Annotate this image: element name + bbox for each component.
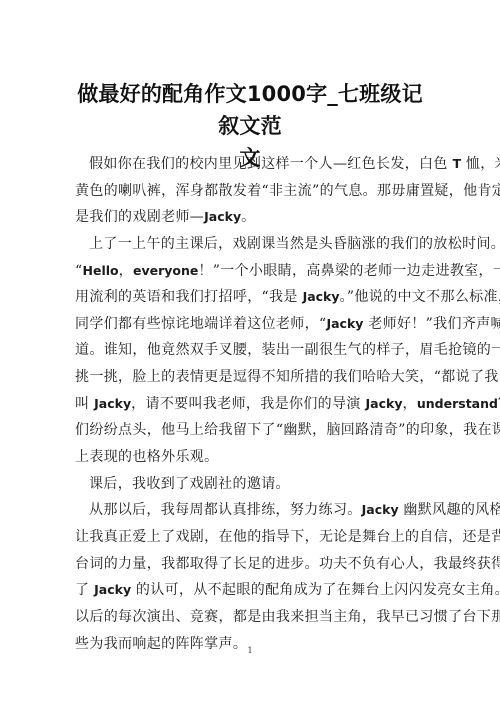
text-line: 上表现的也格外乐观。 [75, 444, 425, 471]
text-line: 假如你在我们的校内里见到这样一个人—红色长发，白色 T 恤，米 [75, 151, 425, 178]
text-line: 台词的力量，我都取得了长足的进步。功夫不负有心人，我最终获得 [75, 551, 425, 578]
text-line: 挑一挑，脸上的表情更是逗得不知所措的我们哈哈大笑，“都说了我 [75, 364, 425, 391]
text-line: 同学们都有些惊诧地端详着这位老师，“Jacky 老师好！”我们齐声喊 [75, 311, 425, 338]
text-line: 叫 Jacky，请不要叫我老师，我是你们的导演 Jacky，understand… [75, 391, 425, 418]
text-line: 道。谁知，他竟然双手叉腰，装出一副很生气的样子，眉毛抢镜的一 [75, 337, 425, 364]
document-body: 假如你在我们的校内里见到这样一个人—红色长发，白色 T 恤，米黄色的喇叭裤，浑身… [75, 151, 425, 657]
text-line: 们纷纷点头，他马上给我留下了“幽默，脑回路清奇”的印象，我在课 [75, 417, 425, 444]
text-line: 了 Jacky 的认可，从不起眼的配角成为了在舞台上闪闪发亮女主角。 [75, 577, 425, 604]
text-line: 上了一上午的主课后，戏剧课当然是头昏脑涨的我们的放松时间。 [75, 231, 425, 258]
text-line: “Hello，everyone！”一个小眼睛，高鼻梁的老师一边走进教室，一边 [75, 258, 425, 285]
text-line: 以后的每次演出、竞赛，都是由我来担当主角，我早已习惯了台下那 [75, 604, 425, 631]
document-page: 做最好的配角作文1000字_七班级记叙文范 文 假如你在我们的校内里见到这样一个… [0, 0, 500, 707]
text-line: 用流利的英语和我们打招呼，“我是 Jacky。”他说的中文不那么标准， [75, 284, 425, 311]
text-line: 从那以后，我每周都认真排练，努力练习。Jacky 幽默风趣的风格 [75, 497, 425, 524]
text-line: 让我真正爱上了戏剧，在他的指导下，无论是舞台上的自信，还是背 [75, 524, 425, 551]
text-line: 黄色的喇叭裤，浑身都散发着“非主流”的气息。那毋庸置疑，他肯定 [75, 178, 425, 205]
text-line: 是我们的戏剧老师—Jacky。 [75, 204, 425, 231]
text-line: 课后，我收到了戏剧社的邀请。 [75, 471, 425, 498]
page-number: 1 [0, 646, 500, 655]
title-line-1: 做最好的配角作文1000字_七班级记叙文范 [70, 78, 430, 142]
